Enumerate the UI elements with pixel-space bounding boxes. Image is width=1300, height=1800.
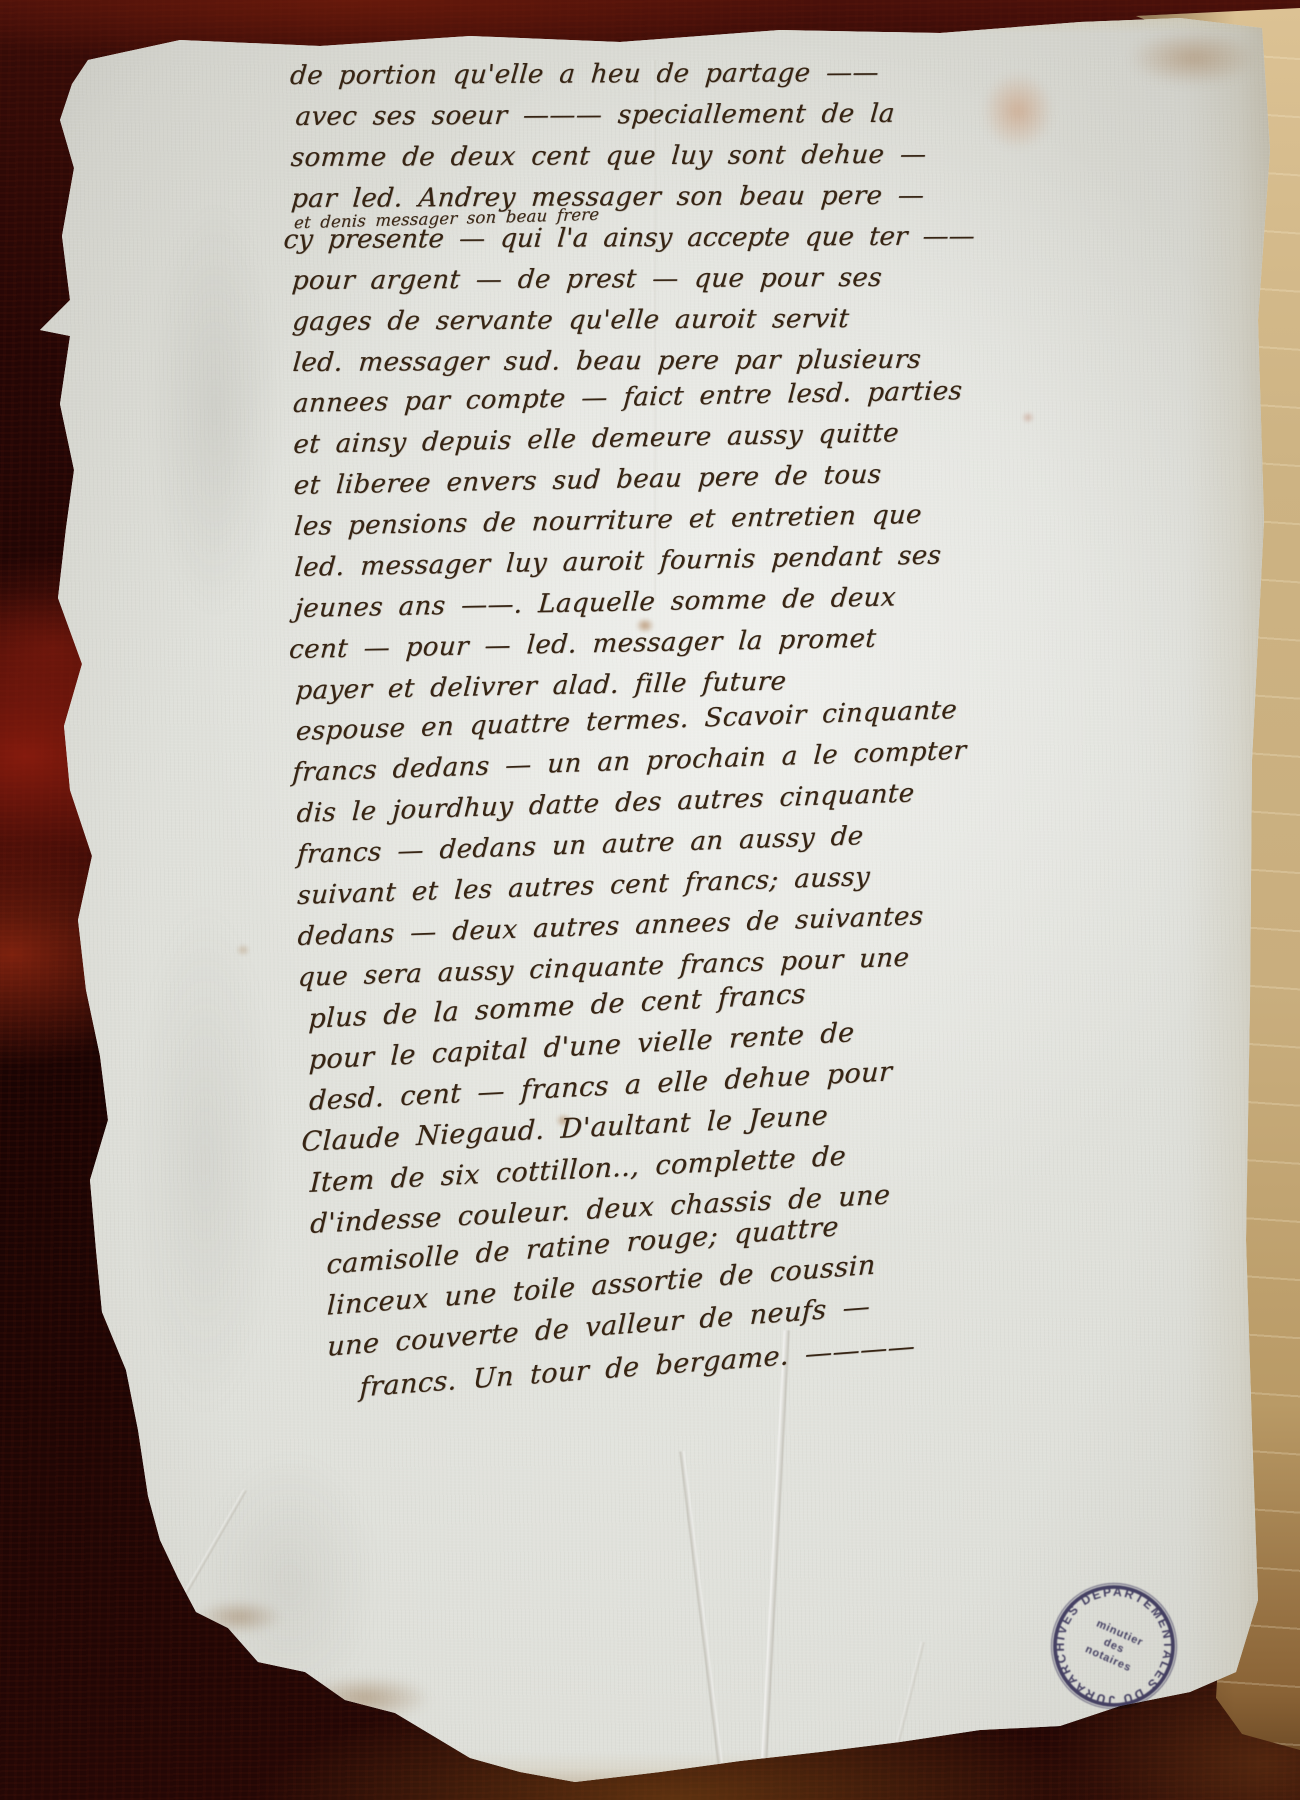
paper-crease bbox=[679, 1451, 725, 1789]
paper-stain bbox=[236, 944, 250, 956]
manuscript-line: avec ses soeur ——— speciallement de la bbox=[294, 92, 1162, 138]
stamp-center-text: minutier des notaires bbox=[1083, 1618, 1145, 1675]
archive-round-stamp: ARCHIVES DEPARTEMENTALES DU JURA minutie… bbox=[1046, 1578, 1182, 1714]
photograph-of-manuscript: de portion qu'elle a heu de partage ——av… bbox=[0, 0, 1300, 1800]
manuscript-line: gages de servante qu'elle auroit servit bbox=[291, 297, 1164, 343]
ink-bleedthrough bbox=[150, 200, 280, 620]
manuscript-line: pour argent — de prest — que pour ses bbox=[290, 256, 1163, 302]
manuscript-text: de portion qu'elle a heu de partage ——av… bbox=[290, 48, 1172, 1409]
manuscript-line: somme de deux cent que luy sont dehue — bbox=[289, 133, 1162, 179]
ink-bleedthrough bbox=[130, 900, 280, 1420]
manuscript-line: de portion qu'elle a heu de partage —— bbox=[288, 51, 1161, 97]
